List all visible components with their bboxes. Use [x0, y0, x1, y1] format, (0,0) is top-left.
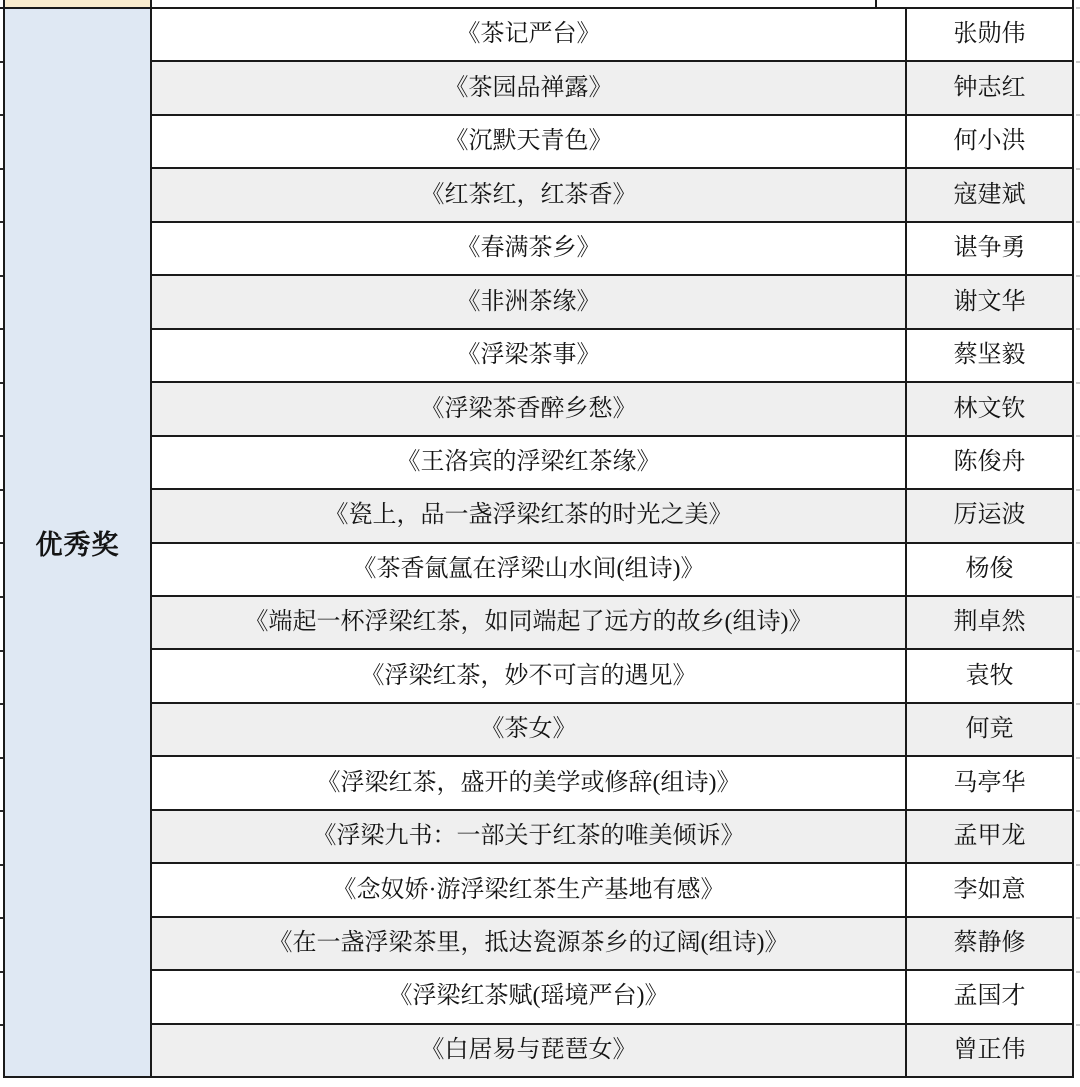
work-title: 《端起一杯浮梁红茶，如同端起了远方的故乡(组诗)》: [245, 608, 813, 637]
work-title-cell: 《红茶红，红茶香》: [152, 169, 905, 220]
row-border-tick: [1076, 759, 1080, 813]
author-name: 何竞: [966, 715, 1014, 744]
author-cell: 孟国才: [905, 971, 1072, 1022]
row-border-tick: [1076, 384, 1080, 438]
row-border-tick: [1076, 330, 1080, 384]
author-name: 蔡静修: [954, 929, 1026, 958]
work-title: 《念奴娇·游浮梁红茶生产基地有感》: [333, 876, 725, 905]
row-border-tick: [1076, 652, 1080, 706]
author-name: 孟国才: [954, 982, 1026, 1011]
award-category-cell: 优秀奖: [5, 9, 152, 1076]
row-border-tick: [1076, 919, 1080, 973]
row-border-tick: [1076, 63, 1080, 117]
row-border-tick: [1076, 277, 1080, 331]
table-row: 《红茶红，红茶香》 寇建斌: [152, 169, 1072, 222]
work-title-cell: 《浮梁红茶赋(瑶境严台)》: [152, 971, 905, 1022]
table-row: 《茶香氤氲在浮梁山水间(组诗)》 杨俊: [152, 544, 1072, 597]
author-cell: 陈俊舟: [905, 437, 1072, 488]
work-title-cell: 《浮梁红茶，妙不可言的遇见》: [152, 650, 905, 701]
work-title: 《浮梁茶事》: [457, 341, 601, 370]
work-title-cell: 《在一盏浮梁茶里，抵达瓷源茶乡的辽阔(组诗)》: [152, 918, 905, 969]
work-title: 《白居易与琵琶女》: [421, 1036, 637, 1065]
author-name: 寇建斌: [954, 181, 1026, 210]
row-border-tick: [1076, 1026, 1080, 1078]
table-row: 《在一盏浮梁茶里，抵达瓷源茶乡的辽阔(组诗)》 蔡静修: [152, 918, 1072, 971]
author-cell: 杨俊: [905, 544, 1072, 595]
author-name: 杨俊: [966, 555, 1014, 584]
cropped-right-column-ticks: [1076, 9, 1080, 1078]
author-name: 谢文华: [954, 288, 1026, 317]
author-cell: 马亭华: [905, 757, 1072, 808]
table-row: 《浮梁红茶，妙不可言的遇见》 袁牧: [152, 650, 1072, 703]
work-title: 《浮梁红茶赋(瑶境严台)》: [389, 982, 669, 1011]
author-cell: 蔡坚毅: [905, 330, 1072, 381]
table-row: 《茶园品禅露》 钟志红: [152, 62, 1072, 115]
work-title: 《浮梁九书：一部关于红茶的唯美倾诉》: [313, 822, 745, 851]
author-name: 何小洪: [954, 127, 1026, 156]
table-row: 《沉默天青色》 何小洪: [152, 116, 1072, 169]
table-row: 《浮梁茶事》 蔡坚毅: [152, 330, 1072, 383]
work-title-cell: 《瓷上，品一盏浮梁红茶的时光之美》: [152, 490, 905, 541]
author-name: 陈俊舟: [954, 448, 1026, 477]
table-row: 《念奴娇·游浮梁红茶生产基地有感》 李如意: [152, 864, 1072, 917]
row-border-tick: [1076, 866, 1080, 920]
table-rows: 《茶记严台》 张勋伟 《茶园品禅露》 钟志红 《沉默天青色》 何小洪 《红茶红，…: [152, 9, 1072, 1076]
author-cell: 何竞: [905, 704, 1072, 755]
work-title-cell: 《王洛宾的浮梁红茶缘》: [152, 437, 905, 488]
work-title-cell: 《沉默天青色》: [152, 116, 905, 167]
row-border-tick: [1076, 437, 1080, 491]
author-cell: 谌争勇: [905, 223, 1072, 274]
author-cell: 曾正伟: [905, 1025, 1072, 1076]
row-border-tick: [1076, 812, 1080, 866]
work-title: 《王洛宾的浮梁红茶缘》: [397, 448, 661, 477]
work-title: 《茶香氤氲在浮梁山水间(组诗)》: [353, 555, 705, 584]
table-row: 《浮梁九书：一部关于红茶的唯美倾诉》 孟甲龙: [152, 811, 1072, 864]
author-cell: 荆卓然: [905, 597, 1072, 648]
author-name: 袁牧: [966, 662, 1014, 691]
author-cell: 钟志红: [905, 62, 1072, 113]
work-title-cell: 《浮梁茶事》: [152, 330, 905, 381]
work-title-cell: 《端起一杯浮梁红茶，如同端起了远方的故乡(组诗)》: [152, 597, 905, 648]
author-cell: 厉运波: [905, 490, 1072, 541]
author-name: 马亭华: [954, 769, 1026, 798]
author-cell: 袁牧: [905, 650, 1072, 701]
author-name: 谌争勇: [954, 234, 1026, 263]
table-row: 《瓷上，品一盏浮梁红茶的时光之美》 厉运波: [152, 490, 1072, 543]
row-border-tick: [1076, 170, 1080, 224]
table-row: 《茶女》 何竞: [152, 704, 1072, 757]
author-name: 厉运波: [954, 501, 1026, 530]
author-cell: 寇建斌: [905, 169, 1072, 220]
work-title-cell: 《念奴娇·游浮梁红茶生产基地有感》: [152, 864, 905, 915]
previous-category-cell-remnant: [5, 0, 152, 7]
award-table-screenshot: 优秀奖 《茶记严台》 张勋伟 《茶园品禅露》 钟志红 《沉默天青色》 何小洪 《…: [0, 0, 1080, 1087]
work-title: 《茶记严台》: [457, 20, 601, 49]
work-title: 《浮梁茶香醉乡愁》: [421, 395, 637, 424]
work-title-cell: 《浮梁茶香醉乡愁》: [152, 383, 905, 434]
author-cell: 谢文华: [905, 276, 1072, 327]
row-border-tick: [1076, 544, 1080, 598]
author-cell: 李如意: [905, 864, 1072, 915]
table-row: 《端起一杯浮梁红茶，如同端起了远方的故乡(组诗)》 荆卓然: [152, 597, 1072, 650]
work-title: 《瓷上，品一盏浮梁红茶的时光之美》: [325, 501, 733, 530]
row-border-tick: [1076, 116, 1080, 170]
author-name: 李如意: [954, 876, 1026, 905]
author-name: 张勋伟: [954, 20, 1026, 49]
table-row: 《浮梁茶香醉乡愁》 林文钦: [152, 383, 1072, 436]
work-title: 《红茶红，红茶香》: [421, 181, 637, 210]
table-row: 《非洲茶缘》 谢文华: [152, 276, 1072, 329]
work-title-cell: 《茶香氤氲在浮梁山水间(组诗)》: [152, 544, 905, 595]
author-name: 孟甲龙: [954, 822, 1026, 851]
work-title-cell: 《浮梁九书：一部关于红茶的唯美倾诉》: [152, 811, 905, 862]
row-border-tick: [1076, 598, 1080, 652]
author-name: 荆卓然: [954, 608, 1026, 637]
table-row: 《茶记严台》 张勋伟: [152, 9, 1072, 62]
table-row: 《浮梁红茶，盛开的美学或修辞(组诗)》 马亭华: [152, 757, 1072, 810]
previous-row-cells-remnant: [152, 0, 1072, 7]
row-border-tick: [1076, 491, 1080, 545]
award-category-label: 优秀奖: [36, 523, 120, 562]
work-title: 《浮梁红茶，妙不可言的遇见》: [361, 662, 697, 691]
author-name: 林文钦: [954, 395, 1026, 424]
author-name: 钟志红: [954, 74, 1026, 103]
author-cell: 林文钦: [905, 383, 1072, 434]
author-cell: 孟甲龙: [905, 811, 1072, 862]
row-border-tick: [1076, 9, 1080, 63]
table-row: 《王洛宾的浮梁红茶缘》 陈俊舟: [152, 437, 1072, 490]
work-title-cell: 《茶园品禅露》: [152, 62, 905, 113]
work-title-cell: 《茶女》: [152, 704, 905, 755]
work-title: 《非洲茶缘》: [457, 288, 601, 317]
row-border-tick: [1076, 705, 1080, 759]
previous-row-remnant: [3, 0, 1074, 9]
work-title: 《茶园品禅露》: [445, 74, 613, 103]
row-border-tick: [1076, 223, 1080, 277]
table-row: 《春满茶乡》 谌争勇: [152, 223, 1072, 276]
work-title-cell: 《茶记严台》: [152, 9, 905, 60]
work-title: 《春满茶乡》: [457, 234, 601, 263]
author-cell: 张勋伟: [905, 9, 1072, 60]
table-row: 《浮梁红茶赋(瑶境严台)》 孟国才: [152, 971, 1072, 1024]
work-title: 《茶女》: [481, 715, 577, 744]
work-title-cell: 《春满茶乡》: [152, 223, 905, 274]
work-title: 《浮梁红茶，盛开的美学或修辞(组诗)》: [317, 769, 741, 798]
author-name: 曾正伟: [954, 1036, 1026, 1065]
work-title-cell: 《白居易与琵琶女》: [152, 1025, 905, 1076]
author-cell: 蔡静修: [905, 918, 1072, 969]
work-title-cell: 《浮梁红茶，盛开的美学或修辞(组诗)》: [152, 757, 905, 808]
previous-column-border-stub: [875, 0, 877, 7]
table-row: 《白居易与琵琶女》 曾正伟: [152, 1025, 1072, 1076]
author-name: 蔡坚毅: [954, 341, 1026, 370]
author-cell: 何小洪: [905, 116, 1072, 167]
work-title: 《沉默天青色》: [445, 127, 613, 156]
awards-table: 优秀奖 《茶记严台》 张勋伟 《茶园品禅露》 钟志红 《沉默天青色》 何小洪 《…: [3, 9, 1074, 1078]
work-title-cell: 《非洲茶缘》: [152, 276, 905, 327]
row-border-tick: [1076, 973, 1080, 1027]
work-title: 《在一盏浮梁茶里，抵达瓷源茶乡的辽阔(组诗)》: [269, 929, 789, 958]
